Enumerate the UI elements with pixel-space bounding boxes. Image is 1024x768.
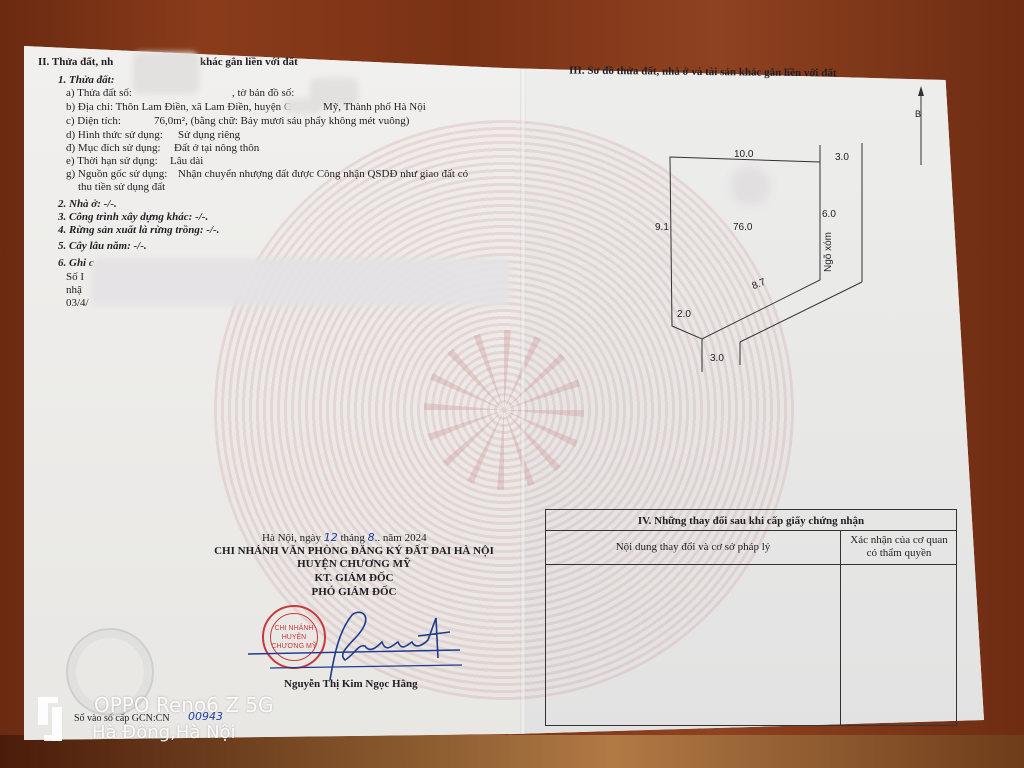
usage-form-label: d) Hình thức sử dụng: (66, 129, 163, 142)
edge-right: 6.0 (822, 208, 836, 221)
production-forest-item: 4. Rừng sản xuất là rừng trồng: -/-. (58, 224, 219, 237)
notes-line: 03/4/ (66, 297, 89, 310)
section-ii-title: II. Thửa đất, nh (38, 56, 113, 69)
changes-table-header-row: Nội dung thay đổi và cơ sở pháp lý Xác n… (546, 530, 956, 565)
usage-form-value: Sử dụng riêng (178, 129, 240, 142)
north-label: B (915, 108, 921, 121)
land-heading: 1. Thửa đất: (58, 74, 114, 87)
section-ii-title-end: khác gắn liền với đất (200, 56, 298, 69)
changes-col-content: Nội dung thay đổi và cơ sở pháp lý (546, 541, 840, 554)
usage-origin-label: g) Nguồn gốc sử dụng: (66, 168, 167, 181)
land-parcel-number: a) Thửa đất số: (66, 87, 132, 100)
edge-bottom-left: 2.0 (677, 308, 691, 321)
house-item: 2. Nhà ở: -/-. (58, 198, 117, 211)
issue-month: 8 (368, 531, 375, 544)
signer-name: Nguyễn Thị Kim Ngọc Hằng (284, 678, 418, 691)
notes-line: Số I (66, 271, 84, 284)
usage-origin-value-2: thu tiền sử dụng đất (78, 181, 165, 194)
edge-top: 10.0 (734, 148, 753, 161)
issue-date: Hà Nội, ngày 12 tháng 8.. năm 2024 (262, 531, 427, 545)
drum-star-pattern (424, 330, 584, 490)
authority-line: PHÓ GIÁM ĐỐC (192, 586, 516, 599)
signature (240, 610, 480, 680)
authority-line: HUYỆN CHƯƠNG MỸ (192, 558, 516, 571)
changes-confirm-cell[interactable] (842, 565, 956, 725)
usage-term-value: Lâu dài (170, 155, 203, 168)
plot-area: 76.0 (733, 221, 752, 234)
land-area-value: 76,0m², (bằng chữ: Bảy mươi sáu phẩy khô… (154, 115, 409, 128)
usage-term-label: e) Thời hạn sử dụng: (66, 155, 158, 168)
notes-line: nhậ (66, 284, 82, 297)
changes-col-confirm: Xác nhận của cơ quan có thẩm quyền (842, 534, 956, 560)
changes-table-title-row: IV. Những thay đổi sau khi cấp giấy chứn… (546, 510, 956, 531)
alley-width-top: 3.0 (835, 151, 849, 164)
land-map-sheet: , tờ bản đồ số: (232, 87, 294, 100)
alley-width-bottom: 3.0 (710, 352, 724, 365)
usage-purpose-value: Đất ở tại nông thôn (174, 142, 259, 155)
land-address-end: Mỹ, Thành phố Hà Nội (323, 101, 426, 114)
perennial-trees-item: 5. Cây lâu năm: -/-. (58, 240, 147, 253)
authority-line: CHI NHÁNH VĂN PHÒNG ĐĂNG KÝ ĐẤT ĐAI HÀ N… (192, 545, 516, 558)
usage-origin-value: Nhận chuyển nhượng đất được Công nhận QS… (178, 168, 468, 181)
notes-heading: 6. Ghi c (58, 257, 94, 270)
redaction (92, 258, 510, 306)
redaction (284, 99, 322, 113)
changes-table: IV. Những thay đổi sau khi cấp giấy chứn… (545, 509, 957, 726)
issue-day: 12 (324, 531, 338, 544)
authority-line: KT. GIÁM ĐỐC (192, 572, 516, 585)
usage-purpose-label: đ) Mục đích sử dụng: (66, 142, 161, 155)
camera-watermark-device: OPPO Reno6 Z 5G (94, 693, 274, 717)
land-address: b) Địa chỉ: Thôn Lam Điền, xã Lam Điền, … (66, 101, 291, 114)
plot-diagram (640, 80, 940, 380)
land-area-label: c) Diện tích: (66, 115, 121, 128)
section-iii-title: III. Sơ đồ thửa đất, nhà ở và tài sản kh… (569, 65, 837, 81)
camera-watermark-logo-icon (36, 695, 66, 745)
camera-watermark-location: Hà Đông,Hà Nội (92, 722, 236, 743)
redaction (133, 52, 199, 94)
other-construction-item: 3. Công trình xây dựng khác: -/-. (58, 211, 208, 224)
edge-left: 9.1 (655, 221, 669, 234)
alley-label: Ngõ xóm (822, 232, 835, 272)
column-divider (840, 530, 841, 725)
changes-content-cell[interactable] (546, 565, 839, 725)
changes-table-title: IV. Những thay đổi sau khi cấp giấy chứn… (546, 515, 956, 528)
page-fold (520, 40, 526, 748)
